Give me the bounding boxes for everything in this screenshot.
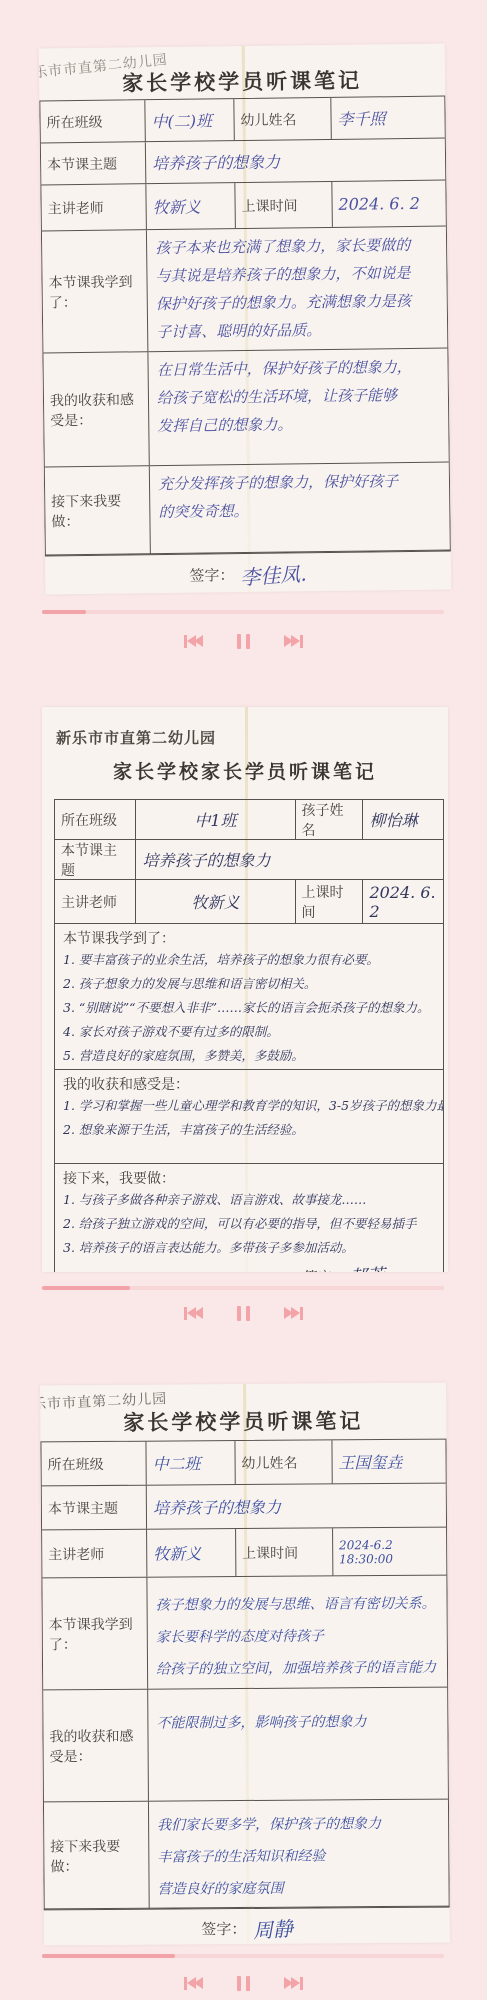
previous-button[interactable] bbox=[184, 631, 203, 651]
lecture-notes-viewer: 乐市市直第二幼儿园 家长学校学员听课笔记 所在班级 中(二)班 幼儿姓名 李千照… bbox=[0, 0, 487, 2000]
signature-label: 签字： bbox=[201, 1917, 246, 1938]
next-steps-label: 接下来我要做： bbox=[45, 466, 151, 555]
table-row: 我的收获和感受是： 不能限制过多，影响孩子的想象力 bbox=[43, 1688, 448, 1803]
handwritten-line: 2. 想象来源于生活，丰富孩子的生活经验。 bbox=[63, 1118, 435, 1142]
handwritten-line: 3. 培养孩子的语言表达能力。多带孩子多参加活动。 bbox=[63, 1236, 435, 1260]
learned-section: 本节课我学到了： 1. 要丰富孩子的业余生活，培养孩子的想象力很有必要。 2. … bbox=[55, 924, 443, 1069]
table-row: 本节课我学到了： 孩子想象力的发展与思维、语言有密切关系。 家长要科学的态度对待… bbox=[42, 1576, 447, 1691]
table-row: 本节课我学到了： 1. 要丰富孩子的业余生活，培养孩子的想象力很有必要。 2. … bbox=[55, 924, 443, 1070]
handwritten-line: 孩子本来也充满了想象力，家长要做的 bbox=[155, 231, 438, 262]
handwritten-line: 营造良好的家庭氛围 bbox=[157, 1872, 440, 1906]
child-name-value: 柳怡琳 bbox=[363, 800, 443, 839]
progress-fill bbox=[42, 610, 86, 614]
signature-value: 郝芳. bbox=[349, 1261, 392, 1272]
time-value: 2024. 6. 2 bbox=[363, 880, 443, 923]
child-name-label: 孩子姓名 bbox=[296, 800, 364, 839]
pause-button[interactable] bbox=[237, 631, 250, 651]
table-row: 所在班级 中1班 孩子姓名 柳怡琳 bbox=[55, 800, 443, 840]
next-button[interactable] bbox=[284, 1303, 303, 1323]
class-label: 所在班级 bbox=[55, 800, 136, 839]
handwritten-line: 1. 要丰富孩子的业余生活，培养孩子的想象力很有必要。 bbox=[63, 948, 435, 972]
handwritten-line: 4. 家长对孩子游戏不要有过多的限制。 bbox=[63, 1020, 435, 1044]
gains-section: 我的收获和感受是： 1. 学习和掌握一些儿童心理学和教育学的知识，3-5岁孩子的… bbox=[55, 1070, 443, 1163]
teacher-label: 主讲老师 bbox=[42, 1530, 147, 1578]
progress-fill bbox=[42, 1954, 175, 1958]
topic-value: 培养孩子的想象力 bbox=[136, 840, 443, 879]
pause-icon bbox=[237, 1976, 241, 1991]
next-button[interactable] bbox=[284, 631, 303, 651]
child-name-value: 王国玺垚 bbox=[332, 1440, 445, 1484]
table-row: 我的收获和感受是： 1. 学习和掌握一些儿童心理学和教育学的知识，3-5岁孩子的… bbox=[55, 1070, 443, 1164]
learned-label: 本节课我学到了： bbox=[42, 1578, 148, 1690]
time-value: 2024. 6. 2 bbox=[332, 181, 446, 227]
handwritten-line: 5. 营造良好的家庭氛围，多赞美，多鼓励。 bbox=[63, 1044, 435, 1068]
handwritten-line: 丰富孩子的生活知识和经验 bbox=[157, 1840, 440, 1874]
progress-bar[interactable] bbox=[42, 1286, 444, 1290]
signature-row: 签字： 周静 bbox=[44, 1906, 450, 1946]
progress-bar[interactable] bbox=[42, 610, 444, 614]
table-row: 接下来，我要做： 1. 与孩子多做各种亲子游戏、语言游戏、故事接龙…… 2. 给… bbox=[55, 1164, 443, 1272]
table-row: 本节课我学到了： 孩子本来也充满了想象力，家长要做的 与其说是培养孩子的想象力，… bbox=[42, 227, 447, 354]
gains-label: 我的收获和感受是： bbox=[43, 352, 149, 466]
signature-label: 签字： bbox=[304, 1271, 346, 1272]
table-row: 主讲老师 牧新义 上课时间 2024. 6. 2 bbox=[55, 880, 443, 924]
handwritten-line: 的突发奇想。 bbox=[158, 495, 441, 526]
player-controls bbox=[0, 1302, 487, 1324]
class-value: 中(二)班 bbox=[145, 99, 234, 141]
pause-button[interactable] bbox=[237, 1973, 250, 1993]
school-stamp: 新乐市市直第二幼儿园 bbox=[56, 727, 216, 748]
handwritten-line: 充分发挥孩子的想象力，保护好孩子 bbox=[158, 467, 441, 498]
gains-content: 不能限制过多，影响孩子的想象力 bbox=[148, 1688, 448, 1801]
signature-row: 签字： 郝芳. bbox=[63, 1262, 391, 1272]
handwritten-line: 给孩子宽松的生活环境，让孩子能够 bbox=[157, 381, 440, 412]
teacher-value: 牧新义 bbox=[136, 880, 295, 923]
handwritten-line: 不能限制过多，影响孩子的想象力 bbox=[156, 1706, 439, 1740]
teacher-value: 牧新义 bbox=[146, 183, 235, 229]
progress-fill bbox=[42, 1286, 130, 1290]
handwritten-line: 发挥自己的想象力。 bbox=[157, 409, 440, 440]
learned-label: 本节课我学到了： bbox=[42, 230, 149, 352]
time-label: 上课时间 bbox=[235, 182, 332, 228]
note-photo-3: 乐市市直第二幼儿园 家长学校学员听课笔记 所在班级 中二班 幼儿姓名 王国玺垚 … bbox=[40, 1383, 450, 1946]
teacher-label: 主讲老师 bbox=[55, 880, 136, 923]
table-row: 本节课主题 培养孩子的想象力 bbox=[41, 139, 445, 186]
learned-content: 孩子想象力的发展与思维、语言有密切关系。 家长要科学的态度对待孩子 给孩子的独立… bbox=[147, 1576, 447, 1689]
note-form-table: 所在班级 中二班 幼儿姓名 王国玺垚 本节课主题 培养孩子的想象力 主讲老师 牧… bbox=[40, 1439, 449, 1911]
note-photo-2: 新乐市市直第二幼儿园 家长学校家长学员听课笔记 所在班级 中1班 孩子姓名 柳怡… bbox=[42, 707, 448, 1272]
learned-content: 孩子本来也充满了想象力，家长要做的 与其说是培养孩子的想象力，不如说是 保护好孩… bbox=[147, 227, 447, 352]
table-row: 主讲老师 牧新义 上课时间 2024-6.2 18:30:00 bbox=[42, 1528, 446, 1579]
topic-label: 本节课主题 bbox=[55, 840, 136, 879]
child-name-value: 李千照 bbox=[331, 97, 445, 139]
topic-label: 本节课主题 bbox=[41, 142, 147, 184]
table-row: 接下来我要做： 充分发挥孩子的想象力，保护好孩子 的突发奇想。 bbox=[45, 463, 450, 556]
handwritten-line: 子讨喜、聪明的好品质。 bbox=[156, 315, 439, 346]
previous-button[interactable] bbox=[184, 1303, 203, 1323]
signature-row: 签字： 李佳凤. bbox=[45, 550, 451, 595]
next-steps-section: 接下来，我要做： 1. 与孩子多做各种亲子游戏、语言游戏、故事接龙…… 2. 给… bbox=[55, 1164, 443, 1272]
form-title: 家长学校家长学员听课笔记 bbox=[42, 757, 448, 784]
progress-bar[interactable] bbox=[42, 1954, 444, 1958]
player-controls bbox=[0, 630, 487, 652]
topic-value: 培养孩子的想象力 bbox=[147, 1484, 446, 1529]
gains-content: 在日常生活中，保护好孩子的想象力， 给孩子宽松的生活环境，让孩子能够 发挥自己的… bbox=[148, 349, 448, 466]
handwritten-line: 给孩子的独立空间，加强培养孩子的语言能力 bbox=[156, 1652, 439, 1686]
teacher-label: 主讲老师 bbox=[41, 184, 147, 230]
class-value: 中1班 bbox=[136, 800, 295, 839]
note-photo-1: 乐市市直第二幼儿园 家长学校学员听课笔记 所在班级 中(二)班 幼儿姓名 李千照… bbox=[39, 44, 452, 595]
topic-value: 培养孩子的想象力 bbox=[146, 139, 445, 184]
topic-label: 本节课主题 bbox=[42, 1486, 147, 1530]
pause-icon bbox=[237, 1306, 241, 1321]
handwritten-line: 家长要科学的态度对待孩子 bbox=[156, 1620, 439, 1654]
handwritten-line: 保护好孩子的想象力。充满想象力是孩 bbox=[156, 287, 439, 318]
next-steps-content: 我们家长要多学，保护孩子的想象力 丰富孩子的生活知识和经验 营造良好的家庭氛围 bbox=[149, 1800, 449, 1909]
learned-label: 本节课我学到了： bbox=[63, 928, 435, 948]
time-label: 上课时间 bbox=[296, 880, 364, 923]
form-title: 家长学校学员听课笔记 bbox=[40, 1405, 446, 1438]
class-label: 所在班级 bbox=[40, 100, 146, 142]
gains-label: 我的收获和感受是： bbox=[43, 1690, 149, 1802]
handwritten-line: 2. 孩子想象力的发展与思维和语言密切相关。 bbox=[63, 972, 435, 996]
pause-button[interactable] bbox=[237, 1303, 250, 1323]
handwritten-line: 1. 与孩子多做各种亲子游戏、语言游戏、故事接龙…… bbox=[63, 1188, 435, 1212]
class-label: 所在班级 bbox=[41, 1442, 146, 1486]
signature-value: 周静 bbox=[252, 1912, 294, 1943]
handwritten-line: 2. 给孩子独立游戏的空间，可以有必要的指导，但不要轻易插手 bbox=[63, 1212, 435, 1236]
next-steps-label: 接下来我要做： bbox=[44, 1802, 150, 1910]
table-row: 我的收获和感受是： 在日常生活中，保护好孩子的想象力， 给孩子宽松的生活环境，让… bbox=[43, 349, 448, 468]
child-name-label: 幼儿姓名 bbox=[234, 98, 331, 140]
signature-label: 签字： bbox=[189, 564, 234, 586]
teacher-value: 牧新义 bbox=[147, 1529, 236, 1577]
handwritten-line: 在日常生活中，保护好孩子的想象力， bbox=[156, 353, 439, 384]
next-button[interactable] bbox=[284, 1973, 303, 1993]
table-row: 所在班级 中(二)班 幼儿姓名 李千照 bbox=[40, 97, 444, 144]
table-row: 本节课主题 培养孩子的想象力 bbox=[42, 1484, 446, 1531]
signature-value: 李佳凤. bbox=[240, 557, 308, 590]
player-controls bbox=[0, 1972, 487, 1994]
class-value: 中二班 bbox=[146, 1441, 235, 1485]
handwritten-line: 3. “别瞎说”“不要想入非非”……家长的语言会扼杀孩子的想象力。 bbox=[63, 996, 435, 1020]
table-row: 所在班级 中二班 幼儿姓名 王国玺垚 bbox=[41, 1440, 445, 1487]
table-row: 主讲老师 牧新义 上课时间 2024. 6. 2 bbox=[41, 181, 446, 232]
next-steps-label: 接下来，我要做： bbox=[63, 1168, 435, 1188]
previous-button[interactable] bbox=[184, 1973, 203, 1993]
handwritten-line: 1. 学习和掌握一些儿童心理学和教育学的知识，3-5岁孩子的想象力最需要培养。 bbox=[63, 1094, 435, 1118]
handwritten-line: 与其说是培养孩子的想象力，不如说是 bbox=[155, 259, 438, 290]
gains-label: 我的收获和感受是： bbox=[63, 1074, 435, 1094]
handwritten-line: 我们家长要多学，保护孩子的想象力 bbox=[157, 1808, 440, 1842]
time-value: 2024-6.2 18:30:00 bbox=[333, 1528, 446, 1576]
handwritten-line: 孩子想象力的发展与思维、语言有密切关系。 bbox=[156, 1588, 439, 1622]
child-name-label: 幼儿姓名 bbox=[235, 1440, 332, 1484]
next-steps-content: 充分发挥孩子的想象力，保护好孩子 的突发奇想。 bbox=[150, 463, 450, 555]
table-row: 本节课主题 培养孩子的想象力 bbox=[55, 840, 443, 880]
table-row: 接下来我要做： 我们家长要多学，保护孩子的想象力 丰富孩子的生活知识和经验 营造… bbox=[44, 1800, 449, 1910]
note-form-table: 所在班级 中(二)班 幼儿姓名 李千照 本节课主题 培养孩子的想象力 主讲老师 … bbox=[39, 96, 451, 557]
form-title: 家长学校学员听课笔记 bbox=[39, 64, 445, 99]
time-label: 上课时间 bbox=[236, 1528, 333, 1576]
pause-icon bbox=[237, 634, 241, 649]
note-form-table: 所在班级 中1班 孩子姓名 柳怡琳 本节课主题 培养孩子的想象力 主讲老师 牧新… bbox=[54, 799, 444, 1272]
